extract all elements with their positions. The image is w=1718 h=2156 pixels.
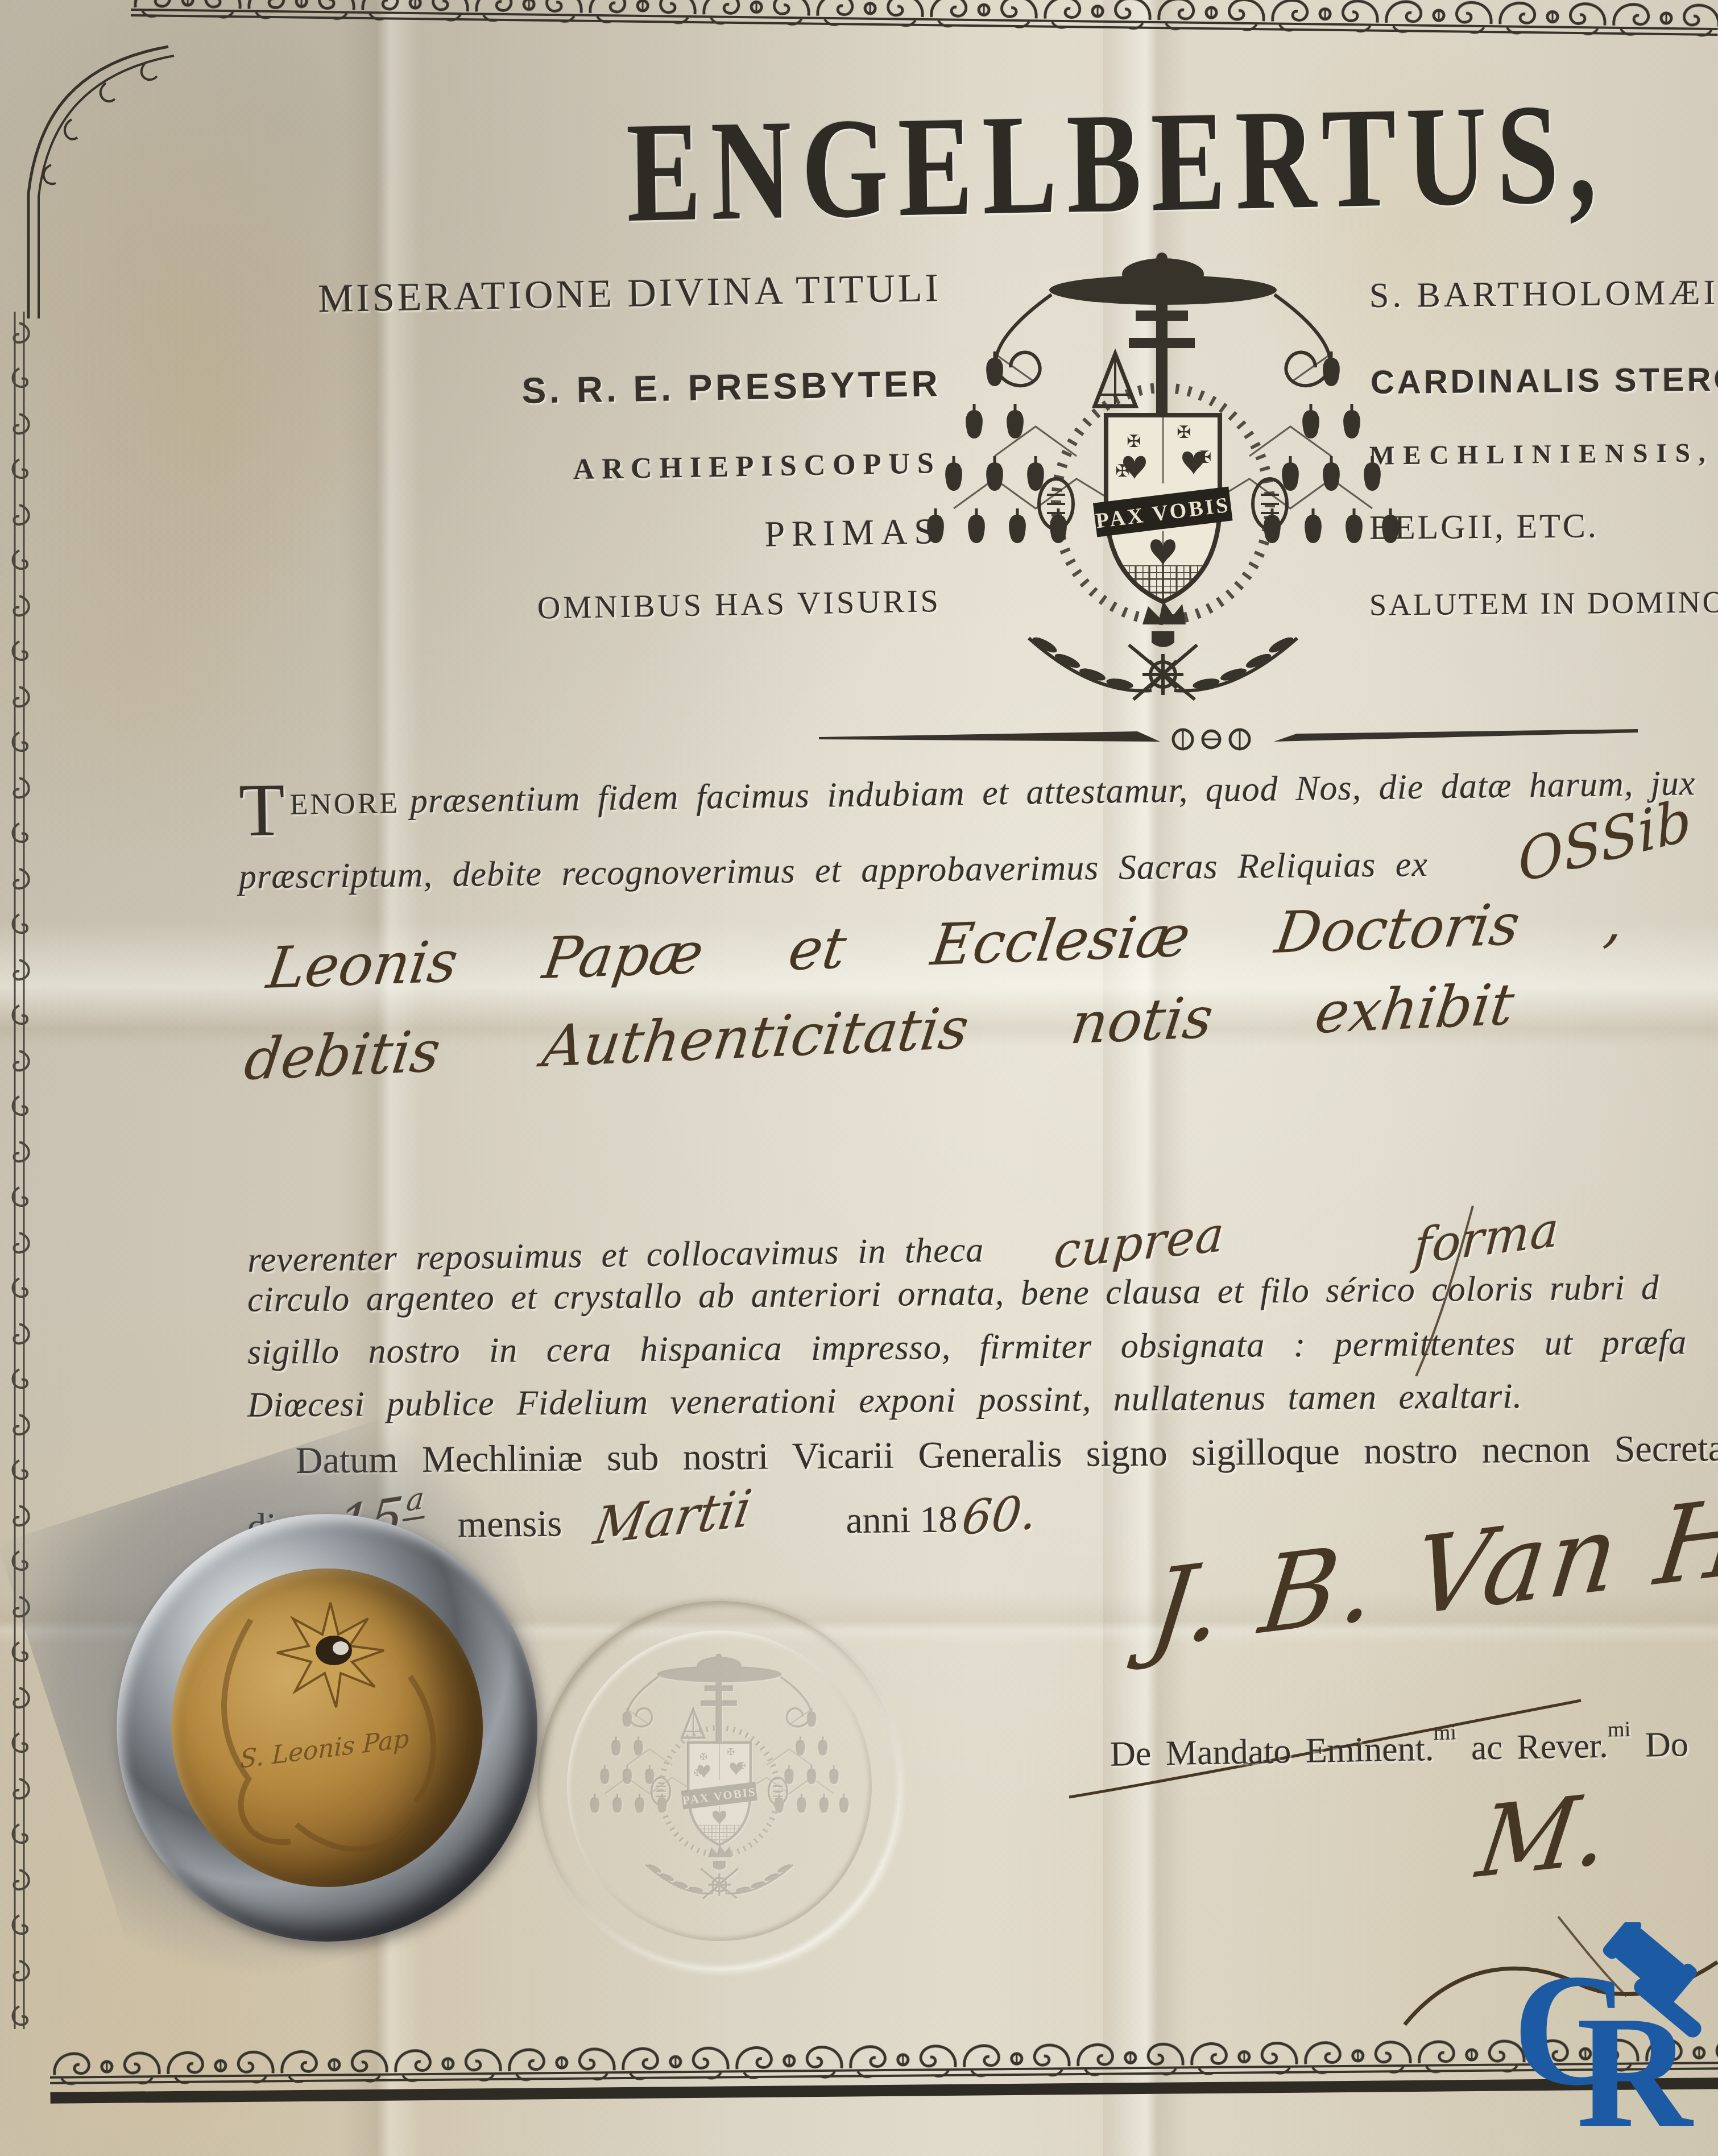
embossed-seal [537, 1601, 901, 1971]
watermark-logo: C R [1513, 1955, 1718, 2156]
datum-line: Datum Mechliniæ sub nostri Vicarii Gener… [296, 1427, 1718, 1483]
left-column-line-miseratione: MISERATIONE DIVINA TITULI [227, 266, 941, 324]
document-title: ENGELBERTUS, [626, 70, 1607, 255]
border-ornament-corner [3, 23, 185, 318]
left-column-line-archiepiscopus: ARCHIEPISCOPUS [227, 446, 942, 493]
left-column-line-presbyter: S. R. E. PRESBYTER [227, 362, 941, 417]
gavel-icon [1592, 1922, 1718, 2053]
right-column-line-mechliniensis: MECHLINIENSIS, [1369, 437, 1714, 471]
left-column-line-omnibus: OMNIBUS HAS VISURIS [227, 583, 942, 632]
body-text: præsentium fidem facimus indubiam et att… [410, 764, 1696, 821]
border-ornament-top [130, 0, 1718, 52]
mandato-sup: mi [1434, 1720, 1457, 1745]
document-photo: ENGELBERTUS, MISERATIONE DIVINA TITULI S… [0, 0, 1718, 2156]
theca-interior: S. Leonis Pap [171, 1569, 483, 1887]
right-column-line-salutem: SALUTEM IN DOMINO [1369, 584, 1718, 622]
body-text: reverenter reposuimus et collocavimus in… [247, 1231, 984, 1280]
handwriting-cuprea: cuprea [1052, 1206, 1227, 1280]
svg-text:✠: ✠ [1127, 432, 1141, 452]
drop-cap-t: T [238, 768, 286, 852]
cardinal-coat-of-arms: ✠ ✠ ✠ ✠ PAX VOBIS [924, 245, 1402, 722]
main-signature: J. B. Van He [1144, 1465, 1718, 1673]
mandato-text: ac Rever. [1456, 1727, 1608, 1768]
mandato-text: Do [1630, 1725, 1688, 1765]
mandato-sup: mi [1608, 1718, 1631, 1742]
body-line-praescriptum: præscriptum, debite recognoverimus et ap… [239, 845, 1429, 897]
handwriting-year: 60. [959, 1485, 1038, 1546]
left-column-line-primas: PRIMAS [227, 510, 941, 565]
divider-ornament [819, 704, 1638, 767]
small-caps-enore: ENORE [289, 787, 400, 821]
body-line-tenore: TENOREpræsentium fidem facimus indubiam … [239, 763, 1696, 824]
embossed-seal-crest [589, 1646, 850, 1914]
handwriting-month: Martii [590, 1478, 756, 1556]
mandato-text: De Mandato Eminent. [1110, 1729, 1434, 1774]
relic-theca: S. Leonis Pap [117, 1514, 537, 1942]
border-ornament-left [5, 312, 39, 2029]
right-column-line-belgii: BELGII, ETC. [1369, 506, 1599, 548]
svg-text:✠: ✠ [1177, 423, 1191, 442]
printed-anni: anni 18 [846, 1499, 958, 1541]
secondary-signature: M. [1471, 1772, 1616, 1901]
handwriting-stroke [1405, 1206, 1484, 1376]
right-column-line-bartholomaei: S. BARTHOLOMÆI I [1369, 272, 1718, 316]
mandato-line: De Mandato Eminent.mi ac Rever.mi Do [1110, 1716, 1688, 1775]
right-column-line-cardinalis: CARDINALIS STERCK [1371, 360, 1718, 402]
